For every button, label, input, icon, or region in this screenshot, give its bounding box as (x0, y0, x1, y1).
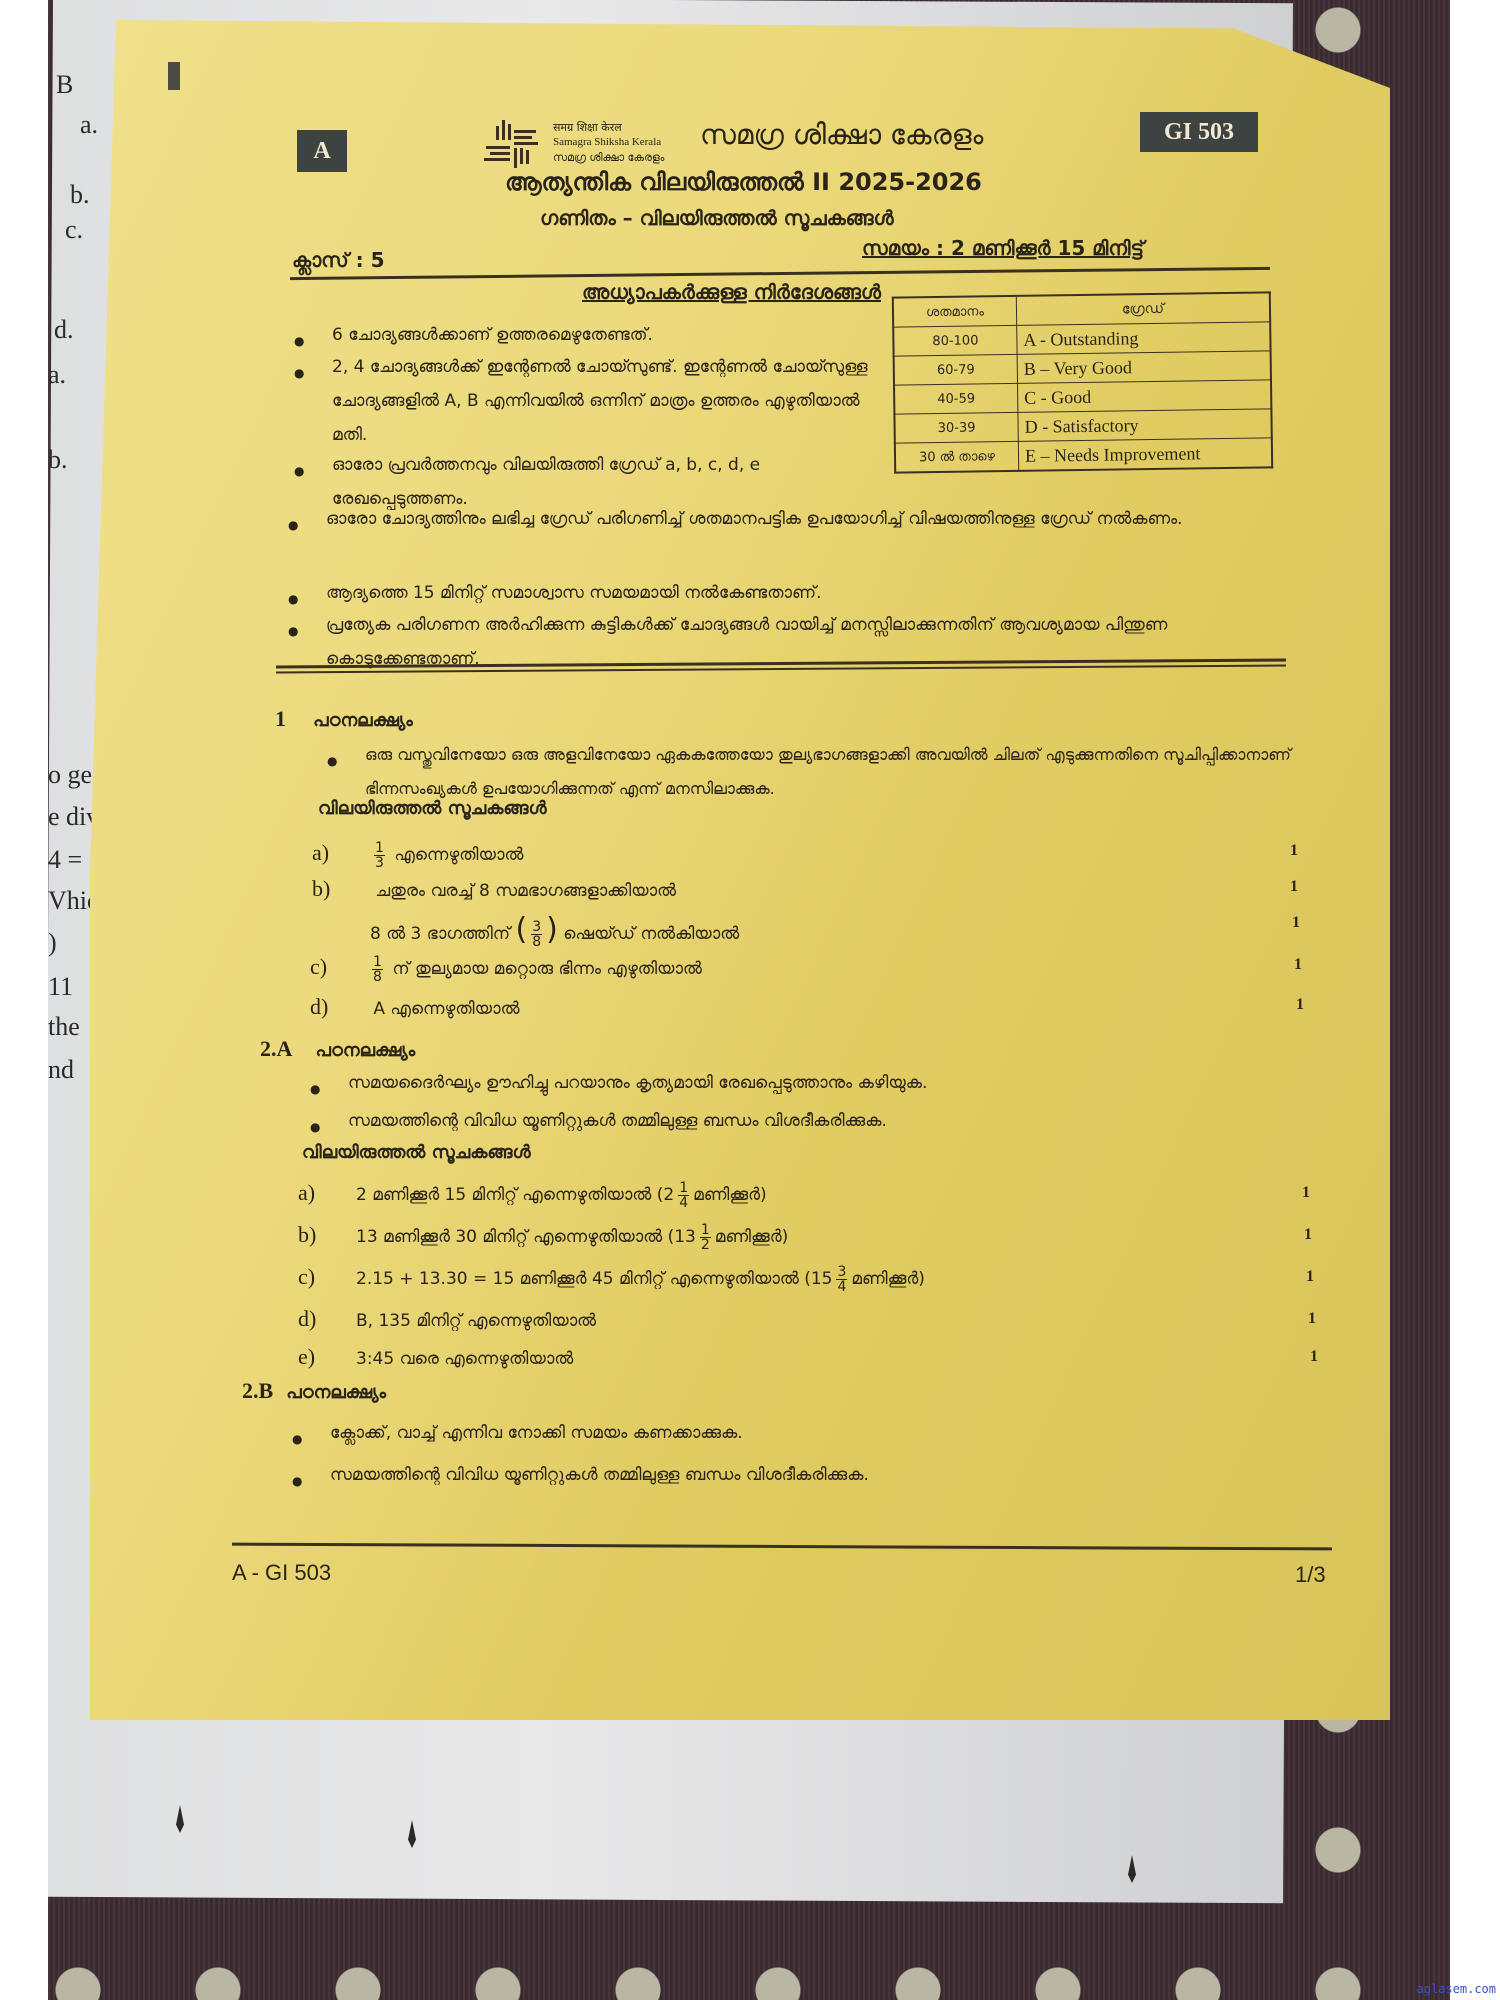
logo-text: समग्र शिक्षा केरल Samagra Shiksha Kerala… (553, 120, 664, 165)
indicator-text: 18 ന് തുല്യമായ മറ്റൊരു ഭിന്നം എഴുതിയാൽ (368, 959, 702, 979)
indicator-label: d) (298, 1306, 356, 1332)
watermark: aglasem.com (1417, 1982, 1496, 1996)
grade-cell: B – Very Good (1017, 351, 1271, 384)
fraction: 34 (836, 1265, 847, 1294)
fraction: 18 (372, 955, 383, 984)
section-number: 2.A (260, 1036, 292, 1061)
indicator-text: B, 135 മിനിറ്റ് എന്നെഴുതിയാൽ (356, 1311, 596, 1331)
mark-value: 1 (1304, 1226, 1312, 1244)
indicator-label: e) (298, 1344, 356, 1370)
indicator-text: 3:45 വരെ എന്നെഴുതിയാൽ (356, 1349, 573, 1369)
mark-value: 1 (1308, 1310, 1316, 1328)
grade-table-row: 30 ൽ താഴെE – Needs Improvement (895, 438, 1272, 473)
logo-line-hindi: समग्र शिक्षा केरल (553, 120, 664, 135)
section-number: 2.B (242, 1378, 273, 1403)
indicator-label: a) (312, 840, 370, 866)
indicator-row: c)2.15 + 13.30 = 15 മണിക്കൂർ 45 മിനിറ്റ്… (298, 1264, 925, 1294)
instruction-item: 6 ചോദ്യങ്ങൾക്കാണ് ഉത്തരമെഴുതേണ്ടത്. (332, 318, 872, 352)
indicator-label: c) (298, 1264, 356, 1290)
indicator-label: d) (310, 994, 368, 1020)
learning-objective: ഒരു വസ്തുവിനേയോ ഒരു അളവിനേയോ ഏകകത്തേയോ ത… (365, 738, 1295, 806)
mark-value: 1 (1310, 1348, 1318, 1366)
subject-line: ഗണിതം – വിലയിരുത്തൽ സൂചകങ്ങൾ (540, 206, 894, 230)
learning-objective: സമയത്തിന്റെ വിവിധ യൂണിറ്റുകൾ തമ്മിലുള്ള … (330, 1458, 1230, 1492)
section-2b-heading: 2.B പഠനലക്ഷ്യം (242, 1378, 386, 1404)
fraction: 13 (374, 841, 385, 870)
paper-code-badge: GI 503 (1140, 112, 1258, 152)
learning-objective: സമയത്തിന്റെ വിവിധ യൂണിറ്റുകൾ തമ്മിലുള്ള … (348, 1104, 1248, 1138)
section-heading-text: പഠനലക്ഷ്യം (313, 710, 413, 731)
learning-objective: ക്ലോക്ക്, വാച്ച് എന്നിവ നോക്കി സമയം കണക്… (330, 1416, 1230, 1450)
section-1-heading: 1 പഠനലക്ഷ്യം (275, 706, 413, 732)
indicator-text: 8 ൽ 3 ഭാഗത്തിന് (38) ഷെയ്ഡ് നൽകിയാൽ (370, 924, 739, 944)
time-label: സമയം : 2 മണിക്കൂർ 15 മിനിട്ട് (862, 236, 1144, 260)
indicator-label: b) (312, 876, 370, 902)
mark-value: 1 (1292, 914, 1300, 932)
indicators-heading: വിലയിരുത്തൽ സൂചകങ്ങൾ (302, 1142, 531, 1163)
indicator-text: ചതുരം വരച്ച് 8 സമഭാഗങ്ങളാക്കിയാൽ (370, 881, 676, 901)
mark-value: 1 (1296, 996, 1304, 1014)
range-cell: 40-59 (894, 383, 1018, 414)
logo-line-malayalam: സമഗ്ര ശിക്ഷാ കേരളം (553, 150, 664, 165)
mark-value: 1 (1306, 1268, 1314, 1286)
indicator-label: c) (310, 954, 368, 980)
section-2a-heading: 2.A പഠനലക്ഷ്യം (260, 1036, 415, 1062)
instruction-item: ഓരോ ചോദ്യത്തിനും ലഭിച്ച ഗ്രേഡ് പരിഗണിച്ച… (326, 502, 1286, 536)
indicator-row: b) ചതുരം വരച്ച് 8 സമഭാഗങ്ങളാക്കിയാൽ (312, 876, 676, 902)
learning-objective: സമയദൈർഘ്യം ഊഹിച്ചു പറയാനും കൃത്യമായി രേഖ… (348, 1066, 1248, 1100)
indicator-text: 13 മണിക്കൂർ 30 മിനിറ്റ് എന്നെഴുതിയാൽ (13… (356, 1227, 788, 1247)
fraction: 14 (678, 1181, 689, 1210)
indicators-heading: വിലയിരുത്തൽ സൂചകങ്ങൾ (318, 798, 547, 819)
indicator-row: a)13 എന്നെഴുതിയാൽ (312, 840, 523, 870)
logo-icon (480, 118, 550, 174)
mark-value: 1 (1302, 1184, 1310, 1202)
set-label-badge: A (297, 130, 347, 172)
mark-value: 1 (1290, 842, 1298, 860)
indicator-row: d)B, 135 മിനിറ്റ് എന്നെഴുതിയാൽ (298, 1306, 596, 1332)
grade-cell: A - Outstanding (1017, 322, 1271, 355)
indicator-row: e)3:45 വരെ എന്നെഴുതിയാൽ (298, 1344, 573, 1370)
mark-value: 1 (1294, 956, 1302, 974)
indicator-text: A എന്നെഴുതിയാൽ (368, 999, 520, 1019)
indicator-row: 8 ൽ 3 ഭാഗത്തിന് (38) ഷെയ്ഡ് നൽകിയാൽ (312, 912, 739, 949)
section-heading-text: പഠനലക്ഷ്യം (315, 1040, 415, 1061)
fraction: 38 (531, 920, 542, 949)
section-number: 1 (275, 706, 286, 731)
exam-title: ആത്യന്തിക വിലയിരുത്തൽ II 2025-2026 (505, 168, 982, 196)
instruction-item: ആദ്യത്തെ 15 മിനിറ്റ് സമാശ്വാസ സമയമായി നൽ… (326, 576, 1286, 610)
indicator-label: a) (298, 1180, 356, 1206)
mark-value: 1 (1290, 878, 1298, 896)
footer-divider (232, 1543, 1332, 1551)
indicator-row: d) A എന്നെഴുതിയാൽ (310, 994, 520, 1020)
indicator-row: a)2 മണിക്കൂർ 15 മിനിറ്റ് എന്നെഴുതിയാൽ (2… (298, 1180, 767, 1210)
grade-cell: E – Needs Improvement (1018, 438, 1272, 471)
logo-line-english: Samagra Shiksha Kerala (553, 135, 664, 150)
instruction-item: 2, 4 ചോദ്യങ്ങൾക്ക് ഇന്റേണൽ ചോയ്സുണ്ട്. ഇ… (332, 350, 872, 452)
grade-cell: C - Good (1018, 380, 1272, 413)
section-heading-text: പഠനലക്ഷ്യം (286, 1382, 386, 1403)
header-percentage: ശതമാനം (893, 296, 1017, 327)
org-name: സമഗ്ര ശിക്ഷാ കേരളം (700, 118, 983, 152)
range-cell: 30 ൽ താഴെ (895, 441, 1019, 472)
indicator-row: b)13 മണിക്കൂർ 30 മിനിറ്റ് എന്നെഴുതിയാൽ (… (298, 1222, 788, 1252)
range-cell: 60-79 (894, 354, 1018, 385)
range-cell: 30-39 (894, 412, 1018, 443)
header-grade: ഗ്രേഡ് (1016, 292, 1270, 325)
header-divider (290, 267, 1270, 280)
instructions-title: അധ്യാപകർക്കുള്ള നിർദേശങ്ങൾ (582, 280, 881, 304)
grade-cell: D - Satisfactory (1018, 409, 1272, 442)
indicator-text: 2.15 + 13.30 = 15 മണിക്കൂർ 45 മിനിറ്റ് എ… (356, 1269, 925, 1289)
page-number: 1/3 (1295, 1562, 1326, 1588)
indicator-text: 2 മണിക്കൂർ 15 മിനിറ്റ് എന്നെഴുതിയാൽ (214… (356, 1185, 767, 1205)
fraction: 12 (700, 1223, 711, 1252)
class-label: ക്ലാസ് : 5 (292, 248, 384, 272)
indicator-row: c)18 ന് തുല്യമായ മറ്റൊരു ഭിന്നം എഴുതിയാൽ (310, 954, 702, 984)
grade-table: ശതമാനം ഗ്രേഡ് 80-100A - Outstanding 60-7… (892, 291, 1273, 473)
indicator-label: b) (298, 1222, 356, 1248)
indicator-text: 13 എന്നെഴുതിയാൽ (370, 845, 523, 865)
document-content: A समग्र शिक्षा केरल Samagra Shiksha Kera… (0, 0, 1500, 2000)
range-cell: 80-100 (893, 325, 1017, 356)
footer-paper-code: A - GI 503 (232, 1560, 331, 1586)
